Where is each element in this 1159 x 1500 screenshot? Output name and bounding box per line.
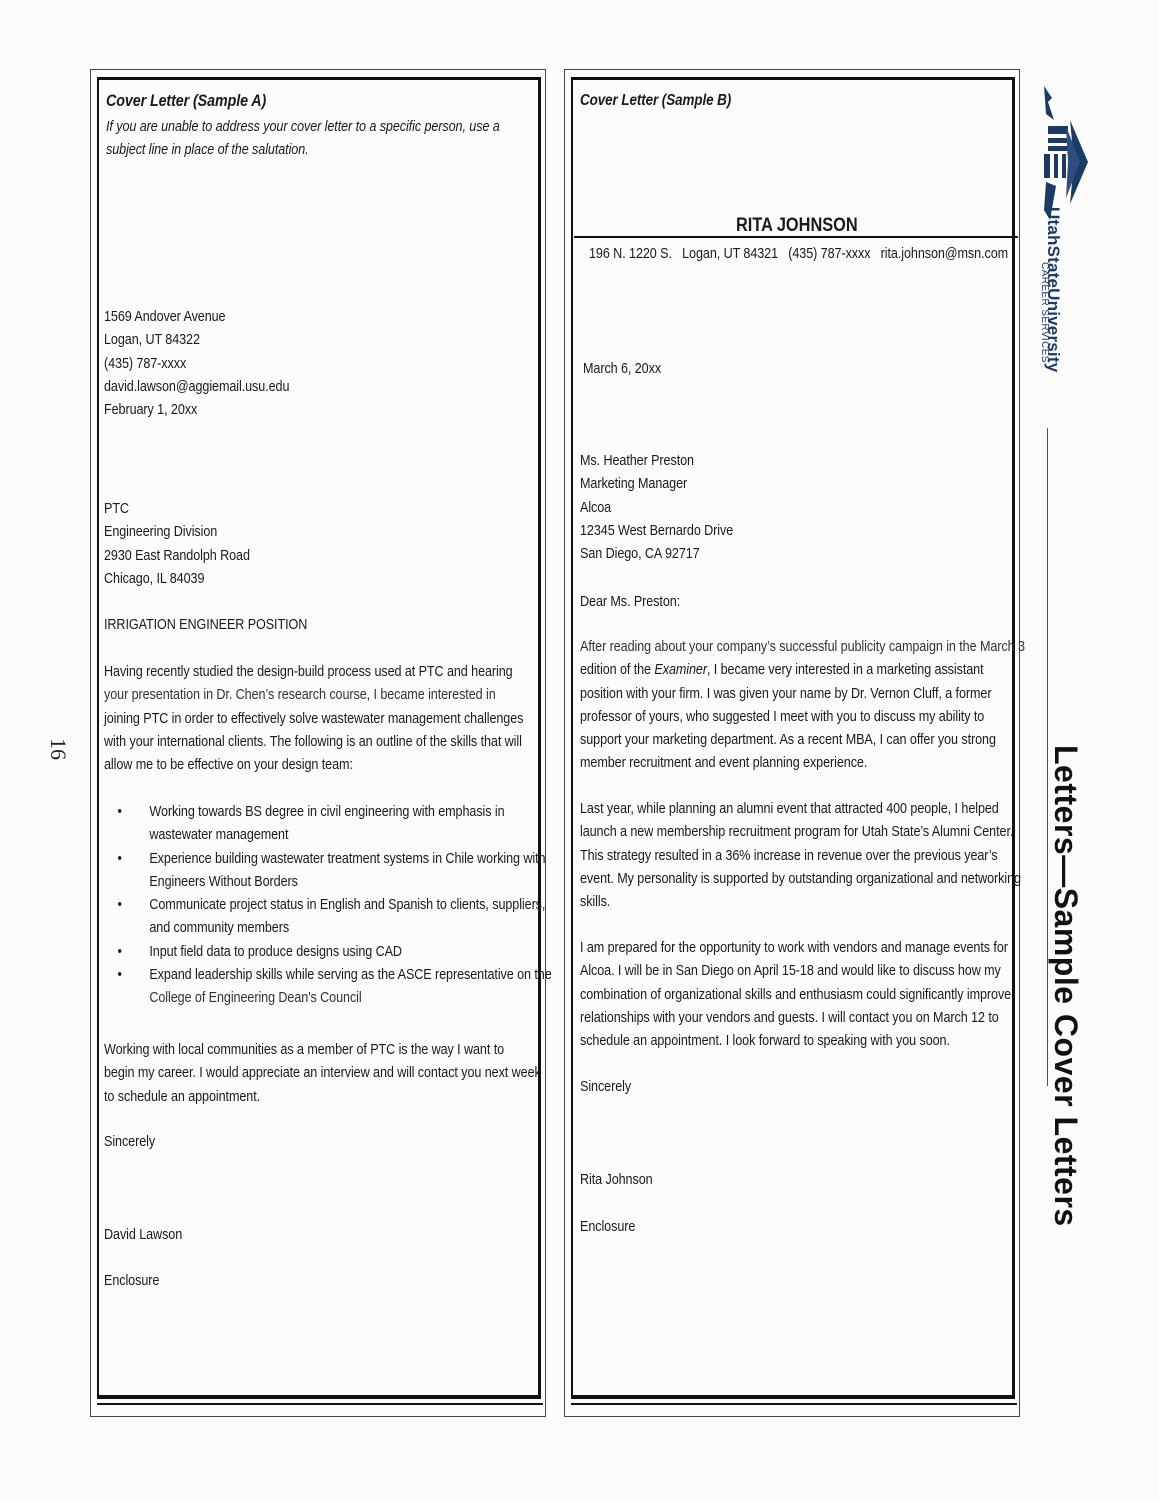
sample-a-subject-line: IRRIGATION ENGINEER POSITION — [104, 613, 307, 636]
skill-item: • Working towards BS degree in civil eng… — [104, 800, 552, 847]
sample-a-intro-paragraph: Having recently studied the design-build… — [104, 660, 523, 776]
paragraph-line: professor of yours, who suggested I meet… — [580, 705, 1025, 728]
bullet-icon: • — [117, 940, 121, 963]
publication-name: Examiner — [654, 661, 707, 678]
paragraph-line: to schedule an appointment. — [104, 1085, 541, 1108]
letter-date: February 1, 20xx — [104, 398, 289, 421]
paragraph-line: joining PTC in order to effectively solv… — [104, 707, 523, 730]
sample-a-enclosure: Enclosure — [104, 1269, 159, 1292]
skill-line: College of Engineering Dean's Council — [149, 986, 551, 1009]
recipient-city: Chicago, IL 84039 — [104, 567, 250, 590]
sample-a-sender-block: 1569 Andover Avenue Logan, UT 84322 (435… — [104, 305, 289, 421]
skill-line: wastewater management — [149, 823, 551, 846]
skill-item: • Communicate project status in English … — [104, 893, 552, 940]
sample-b-title: Cover Letter (Sample B) — [580, 89, 731, 112]
note-line: subject line in place of the salutation. — [106, 138, 500, 161]
sample-b-paragraph-1: After reading about your company’s succe… — [580, 635, 1025, 775]
paragraph-line: event. My personality is supported by ou… — [580, 867, 1021, 890]
bullet-icon: • — [117, 847, 121, 870]
sample-b-bottom-rule — [571, 1403, 1017, 1405]
sender-phone: (435) 787-xxxx — [104, 352, 289, 375]
paragraph-line: After reading about your company’s succe… — [580, 635, 1025, 658]
logo-subtitle: CAREER SERVICES — [1039, 262, 1050, 363]
sample-b-closing: Sincerely — [580, 1075, 631, 1098]
paragraph-line: Working with local communities as a memb… — [104, 1038, 541, 1061]
section-side-title: Letters—Sample Cover Letters — [1047, 745, 1084, 1227]
paragraph-line: launch a new membership recruitment prog… — [580, 820, 1021, 843]
paragraph-line: Having recently studied the design-build… — [104, 660, 523, 683]
paragraph-line: schedule an appointment. I look forward … — [580, 1029, 1011, 1052]
bullet-icon: • — [117, 963, 121, 986]
paragraph-line: with your international clients. The fol… — [104, 730, 523, 753]
letterhead-contact: 196 N. 1220 S. Logan, UT 84321 (435) 787… — [589, 242, 1008, 265]
sender-address: 1569 Andover Avenue — [104, 305, 289, 328]
sample-b-salutation: Dear Ms. Preston: — [580, 590, 680, 613]
sample-a-title: Cover Letter (Sample A) — [106, 89, 266, 112]
sample-a-closing-paragraph: Working with local communities as a memb… — [104, 1038, 541, 1108]
skill-line: Expand leadership skills while serving a… — [149, 963, 551, 986]
letterhead-name: RITA JOHNSON — [736, 215, 858, 237]
paragraph-line: Alcoa. I will be in San Diego on April 1… — [580, 959, 1011, 982]
paragraph-line: skills. — [580, 890, 1021, 913]
paragraph-line: member recruitment and event planning ex… — [580, 751, 1025, 774]
bullet-icon: • — [117, 800, 121, 823]
sample-a-closing: Sincerely — [104, 1130, 155, 1153]
recipient-address: 12345 West Bernardo Drive — [580, 519, 733, 542]
paragraph-line: edition of the Examiner, I became very i… — [580, 658, 1025, 681]
recipient-address: 2930 East Randolph Road — [104, 544, 250, 567]
paragraph-line: support your marketing department. As a … — [580, 728, 1025, 751]
text-span: , I became very interested in a marketin… — [707, 661, 984, 678]
sample-b-enclosure: Enclosure — [580, 1215, 635, 1238]
sender-email: david.lawson@aggiemail.usu.edu — [104, 375, 289, 398]
bullet-icon: • — [117, 893, 121, 916]
recipient-title: Marketing Manager — [580, 472, 733, 495]
sample-b-recipient-block: Ms. Heather Preston Marketing Manager Al… — [580, 449, 733, 565]
margin-divider — [1047, 428, 1048, 743]
skill-item: • Experience building wastewater treatme… — [104, 847, 552, 894]
sample-a-note: If you are unable to address your cover … — [106, 115, 500, 162]
paragraph-line: I am prepared for the opportunity to wor… — [580, 936, 1011, 959]
sample-b-date: March 6, 20xx — [583, 357, 661, 380]
paragraph-line: position with your firm. I was given you… — [580, 682, 1025, 705]
skill-line: Working towards BS degree in civil engin… — [149, 800, 551, 823]
text-span: edition of the — [580, 661, 654, 678]
recipient-company: PTC — [104, 497, 250, 520]
paragraph-line: Last year, while planning an alumni even… — [580, 797, 1021, 820]
skill-line: Experience building wastewater treatment… — [149, 847, 551, 870]
paragraph-line: your presentation in Dr. Chen’s research… — [104, 683, 523, 706]
sender-city: Logan, UT 84322 — [104, 328, 289, 351]
recipient-division: Engineering Division — [104, 520, 250, 543]
paragraph-line: This strategy resulted in a 36% increase… — [580, 844, 1021, 867]
recipient-company: Alcoa — [580, 496, 733, 519]
skill-line: and community members — [149, 916, 551, 939]
paragraph-line: begin my career. I would appreciate an i… — [104, 1061, 541, 1084]
sample-b-paragraph-2: Last year, while planning an alumni even… — [580, 797, 1021, 913]
sample-a-skills-list: • Working towards BS degree in civil eng… — [104, 800, 552, 1010]
skill-item: • Expand leadership skills while serving… — [104, 963, 552, 1010]
paragraph-line: relationships with your vendors and gues… — [580, 1006, 1011, 1029]
paragraph-line: allow me to be effective on your design … — [104, 753, 523, 776]
recipient-name: Ms. Heather Preston — [580, 449, 733, 472]
side-title-text: Letters—Sample Cover Letters — [1047, 745, 1084, 1227]
sample-b-signature: Rita Johnson — [580, 1168, 653, 1191]
skill-line: Input field data to produce designs usin… — [149, 940, 551, 963]
old-main-building-icon — [1030, 80, 1090, 220]
skill-line: Communicate project status in English an… — [149, 893, 551, 916]
sample-a-bottom-rule — [97, 1403, 543, 1405]
paragraph-line: combination of organizational skills and… — [580, 983, 1011, 1006]
skill-line: Engineers Without Borders — [149, 870, 551, 893]
skill-item: • Input field data to produce designs us… — [104, 940, 552, 963]
sample-a-recipient-block: PTC Engineering Division 2930 East Rando… — [104, 497, 250, 590]
page-number: 16 — [45, 738, 71, 760]
letterhead-rule — [574, 236, 1018, 238]
sample-b-paragraph-3: I am prepared for the opportunity to wor… — [580, 936, 1011, 1052]
recipient-city: San Diego, CA 92717 — [580, 542, 733, 565]
sample-a-signature: David Lawson — [104, 1223, 182, 1246]
note-line: If you are unable to address your cover … — [106, 115, 500, 138]
